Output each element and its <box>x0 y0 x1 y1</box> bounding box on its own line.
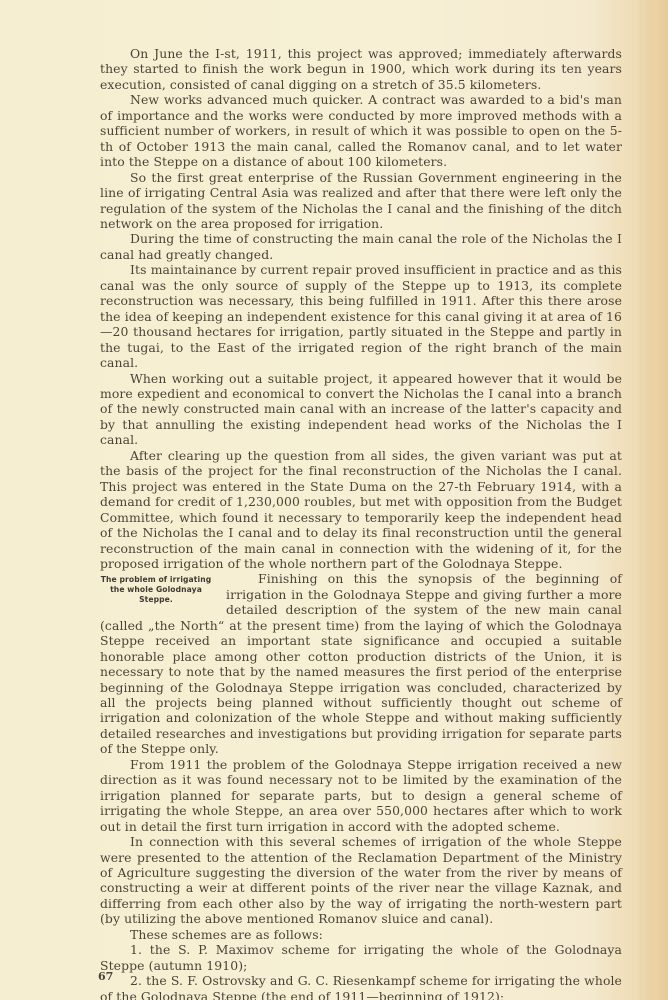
paragraph: From 1911 the problem of the Golodnaya S… <box>100 757 622 834</box>
margin-sidenote: The problem of irrigating the whole Golo… <box>96 575 216 605</box>
section-with-sidenote: The problem of irrigating the whole Golo… <box>100 571 622 756</box>
sidenote-line: the whole Golodnaya <box>96 585 216 595</box>
paragraph: During the time of constructing the main… <box>100 231 622 262</box>
paragraph: New works advanced much quicker. A contr… <box>100 92 622 169</box>
body-text: On June the I-st, 1911, this project was… <box>100 46 622 1000</box>
paragraph: In connection with this several schemes … <box>100 834 622 927</box>
page-number: 67 <box>98 970 113 983</box>
paragraph: Its maintainance by current repair prove… <box>100 262 622 370</box>
sidenote-line: The problem of irrigating <box>96 575 216 585</box>
paragraph: These schemes are as follows: <box>100 927 622 942</box>
list-item: 1. the S. P. Maximov scheme for irrigati… <box>100 942 622 973</box>
paragraph: After clearing up the question from all … <box>100 448 622 572</box>
paragraph: When working out a suitable project, it … <box>100 371 622 448</box>
page-binding-shadow <box>644 0 668 1000</box>
paragraph: So the first great enterprise of the Rus… <box>100 170 622 232</box>
list-item: 2. the S. F. Ostrovsky and G. C. Riesenk… <box>100 973 622 1000</box>
scanned-page: On June the I-st, 1911, this project was… <box>0 0 668 1000</box>
paragraph: On June the I-st, 1911, this project was… <box>100 46 622 92</box>
sidenote-line: Steppe. <box>96 595 216 605</box>
